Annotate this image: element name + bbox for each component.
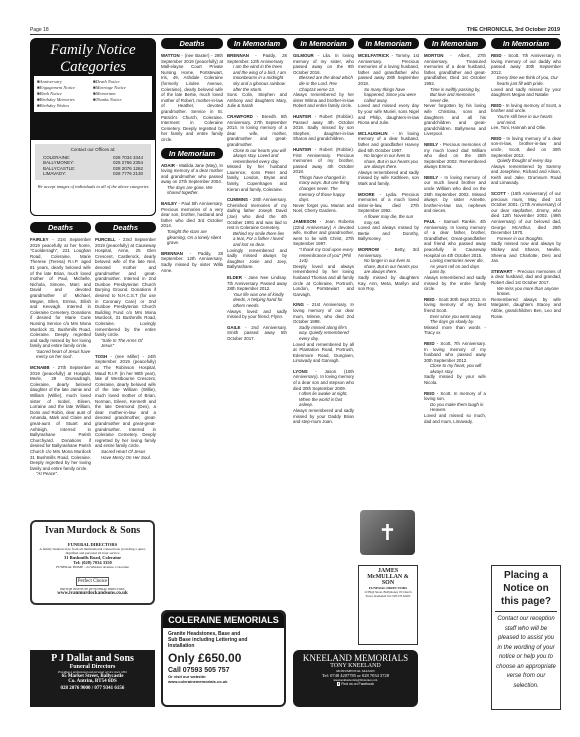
- notice: REID - Scott 30th Sept 2012. In loving m…: [424, 297, 486, 336]
- column-5: In Memoriam GILMOUR - Lila. In loving me…: [293, 38, 354, 565]
- notice: HUNTER - Robert (Robbie). Passed away 4t…: [293, 114, 354, 142]
- notice: KING - 21st Anniversary. In loving memor…: [293, 302, 354, 364]
- notice: BRENNAN - Paddy, 28 September. 12th Anni…: [227, 53, 287, 109]
- notice: JAMIESON - Jean Roberta (22nd Anniversar…: [293, 219, 354, 297]
- kneeland-memorials-ad: KNEELAND MEMORIALS TONY KNEELAND MONUMEN…: [293, 650, 418, 707]
- notice: REID - In loving memory of Scott, a brot…: [491, 103, 561, 131]
- category-item: Thanks Notice: [93, 97, 149, 103]
- notice: CRAWFORD - Breedh. 5th Anniversary. 27th…: [227, 114, 287, 192]
- facebook-icon: f: [337, 682, 340, 686]
- section-heading: In Memoriam: [491, 38, 561, 49]
- notice: WATTON - (nee Baxter) - 29th September 2…: [161, 53, 223, 143]
- notice: MORTON - Albert, 27th Anniversary. Treas…: [424, 53, 486, 137]
- notice: MCNABB - 27th September 2019 (peacefully…: [30, 365, 91, 477]
- contact-box: Contact our Offices at: COLERAINE:028 70…: [30, 140, 156, 216]
- masthead: THE CHRONICLE, 3rd October 2019: [467, 27, 560, 33]
- notice: BRENNAN - Paddy, 28 September. 12th Anni…: [161, 251, 223, 273]
- placing-notice-box: Placing a Notice on this page? Contact o…: [491, 565, 561, 710]
- notice: PURCELL - 23rd September 2019 (peacefull…: [95, 237, 156, 349]
- notice: ELDER - Jane Nee Lindsay. 7th Anniversar…: [227, 275, 287, 320]
- notice: MCELFATRICK - Tommy. 1st Anniversary. Pr…: [358, 53, 419, 126]
- section-heading: Deaths: [95, 222, 156, 233]
- notice: FAIRLEY - 21st September 2019 peacefully…: [30, 237, 91, 360]
- james-mcmullan-ad: JAMES McMULLAN & SON FUNERAL DIRECTORS 2…: [358, 565, 418, 645]
- section-heading: In Memoriam: [161, 148, 223, 159]
- coleraine-memorials-ad: COLERAINE MEMORIALS Granite Headstones, …: [161, 610, 286, 707]
- categories-note: We accept images of individuals in all o…: [31, 180, 155, 193]
- office-name: LIMAVADY:: [43, 171, 66, 177]
- section-heading: In Memoriam: [424, 38, 486, 49]
- notice: CUMMINS - 28th Anniversary. Cherished me…: [227, 197, 287, 270]
- notice: PAUL - Samuel Rankin. 4th Anniversary. I…: [424, 219, 486, 292]
- contact-title: Contact our Offices at:: [43, 147, 143, 153]
- header-rule: [30, 34, 560, 35]
- notice: REID - Scott. 7th Anniversary. In loving…: [491, 53, 561, 98]
- column-4: In Memoriam BRENNAN - Paddy, 28 Septembe…: [227, 38, 287, 347]
- column-7: In Memoriam MORTON - Albert, 27th Annive…: [424, 38, 486, 710]
- column-6: In Memoriam MCELFATRICK - Tommy. 1st Ann…: [358, 38, 419, 508]
- notice: HUNTER - Robert (Robbie). First Annivers…: [293, 147, 354, 214]
- notice: SCOTT - (18th Anniversary) of our precio…: [491, 191, 561, 264]
- notice: MORROW - Betty, 3rd Anniversary.No longe…: [358, 247, 419, 292]
- bible-cross-image: ✝: [360, 510, 415, 555]
- notice: TOSH - (nee Miller) - 24th September 201…: [95, 354, 156, 460]
- notice: STEWART - Precious memories of a dear hu…: [491, 269, 561, 319]
- column-8: In Memoriam REID - Scott. 7th Anniversar…: [491, 38, 561, 560]
- notice: ADAIR - Matilda Jane (May), In loving me…: [161, 163, 223, 197]
- page-number: Page 18: [30, 27, 49, 33]
- notice: MOORE - Lydia. Precious memories of a mu…: [358, 192, 419, 242]
- deaths-column-1: Deaths FAIRLEY - 21st September 2019 pea…: [30, 222, 91, 482]
- notice: REID - In loving memory of a dear son-in…: [491, 136, 561, 186]
- pj-dallat-ad: P J Dallat and Sons Funeral Directors Pr…: [30, 650, 155, 707]
- deaths-column-2: Deaths PURCELL - 23rd September 2019 (pe…: [95, 222, 156, 465]
- section-heading: In Memoriam: [358, 38, 419, 49]
- column-3: Deaths WATTON - (nee Baxter) - 29th Sept…: [161, 38, 223, 278]
- notice: NEELY - Precious memories of my much lov…: [424, 142, 486, 170]
- notice: REID - Scott, 7th Anniversary. In loving…: [424, 341, 486, 386]
- section-heading: Deaths: [161, 38, 223, 49]
- ivan-murdock-ad: Ivan Murdock & Sons FUNERAL DIRECTORS A …: [30, 520, 155, 605]
- notice: NEELY - In loving memory of our much lov…: [424, 175, 486, 214]
- notice: REID - Scott. In memory of a loving son.…: [424, 391, 486, 425]
- office-phone: 028 7776 2130: [113, 171, 143, 177]
- notice: GILMOUR - Lila. In loving memory of my s…: [293, 53, 354, 109]
- section-heading: In Memoriam: [293, 38, 354, 49]
- section-heading: Deaths: [30, 222, 91, 233]
- notice: GAILE - 2nd Anniversary. Smith passed aw…: [227, 325, 287, 342]
- notice: BAILEY - Paul 5th Anniversary. Precious …: [161, 201, 223, 246]
- category-list: Anniversary Death Notice Engagement Noti…: [34, 76, 152, 112]
- section-heading: In Memoriam: [227, 38, 287, 49]
- categories-title-1: Family Notice: [34, 42, 152, 59]
- notice: MCLAUGHLIN - In loving memory of a dear …: [358, 131, 419, 187]
- category-item: Birthday Wishes: [37, 103, 93, 109]
- notice: LYONS - Jason (10th Anniversary). In lov…: [293, 369, 354, 425]
- categories-title-2: Categories: [34, 59, 152, 76]
